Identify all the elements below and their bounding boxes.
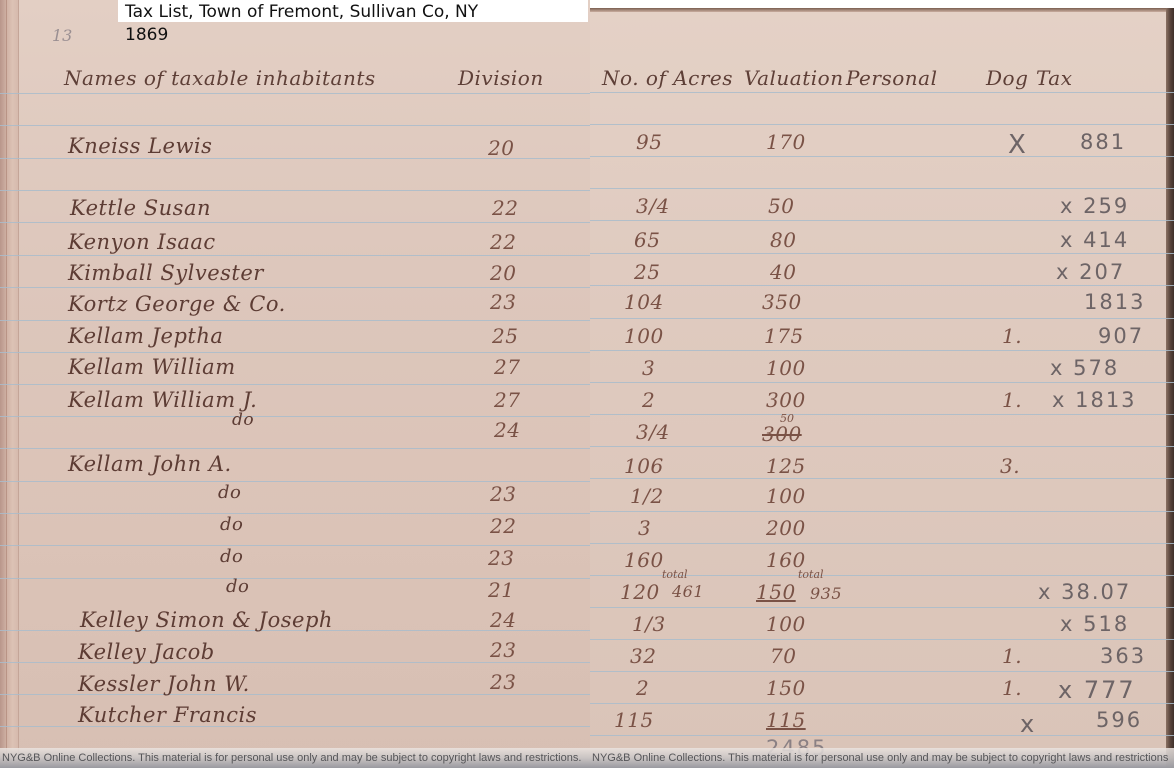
ruled-line	[0, 384, 590, 385]
ledger-left-page: 13 Names of taxable inhabitants Division…	[0, 0, 590, 768]
tax-value: 907	[1098, 324, 1144, 348]
division-value: 22	[492, 196, 518, 220]
taxpayer-name: Kessler John W.	[78, 672, 250, 696]
taxpayer-name: Kenyon Isaac	[68, 230, 216, 254]
acres-value: 115	[614, 708, 654, 732]
ruled-line	[590, 543, 1174, 544]
dog-count: 1.	[1002, 644, 1022, 668]
division-value: 24	[494, 418, 520, 442]
taxpayer-name: Kelley Jacob	[78, 640, 215, 664]
valuation-value: 125	[766, 454, 806, 478]
copyright-watermark: NYG&B Online Collections. This material …	[590, 748, 1174, 768]
tax-value: 881	[1080, 130, 1126, 154]
ruled-line	[590, 671, 1174, 672]
ruled-line	[0, 352, 590, 353]
valuation-total-label: total	[798, 568, 824, 581]
valuation-value: 175	[764, 324, 804, 348]
dog-mark: X	[1008, 130, 1028, 160]
copyright-watermark: NYG&B Online Collections. This material …	[0, 748, 590, 768]
division-value: 23	[490, 670, 516, 694]
division-value: 22	[490, 514, 516, 538]
acres-total-label: total	[662, 568, 688, 581]
ruled-line	[0, 416, 590, 417]
valuation-value: 170	[766, 130, 806, 154]
tax-value: x 414	[1060, 228, 1129, 252]
tax-value: x 259	[1060, 194, 1129, 218]
document-year: 1869	[125, 25, 168, 45]
valuation-value: 100	[766, 484, 806, 508]
dog-count: 1.	[1002, 676, 1022, 700]
valuation-value: 150	[756, 580, 796, 604]
tax-value: x 777	[1058, 676, 1136, 704]
tax-value: x 1813	[1052, 388, 1137, 412]
acres-value: 3/4	[636, 420, 670, 444]
ditto-mark: do	[220, 546, 243, 567]
division-value: 20	[488, 136, 514, 160]
acres-value: 106	[624, 454, 664, 478]
valuation-value: 40	[770, 260, 796, 284]
tax-value: 596	[1096, 708, 1142, 732]
valuation-value: 80	[770, 228, 796, 252]
ditto-mark: do	[218, 482, 241, 503]
ditto-mark: do	[220, 514, 243, 535]
division-value: 27	[494, 355, 520, 379]
column-header-valuation: Valuation	[744, 66, 844, 90]
ruled-line	[590, 318, 1174, 319]
ledger-right-page: No. of Acres Valuation Personal Dog Tax …	[590, 8, 1174, 768]
acres-value: 2	[642, 388, 655, 412]
taxpayer-name: Kutcher Francis	[78, 703, 257, 727]
taxpayer-name: Kellam William	[68, 355, 236, 379]
book-edge	[1166, 8, 1174, 768]
ruled-line	[590, 350, 1174, 351]
tax-value: 363	[1100, 644, 1146, 668]
ruled-line	[590, 478, 1174, 479]
ditto-mark: do	[232, 410, 254, 430]
division-value: 22	[490, 230, 516, 254]
acres-value: 104	[624, 290, 664, 314]
division-value: 20	[490, 261, 516, 285]
ruled-line	[590, 92, 1174, 93]
tax-value: x 207	[1056, 260, 1125, 284]
valuation-value: 150	[766, 676, 806, 700]
acres-value: 25	[634, 260, 660, 284]
page-top-edge	[590, 8, 1174, 12]
dog-count: 1.	[1002, 388, 1022, 412]
document-viewer: 13 Names of taxable inhabitants Division…	[0, 0, 1174, 768]
document-title: Tax List, Town of Fremont, Sullivan Co, …	[125, 2, 478, 22]
taxpayer-name: Kellam William J.	[68, 388, 257, 412]
acres-value: 2	[636, 676, 649, 700]
valuation-value: 200	[766, 516, 806, 540]
acres-value: 95	[636, 130, 662, 154]
acres-value: 160	[624, 548, 664, 572]
valuation-correction: 50	[780, 412, 794, 425]
ruled-line	[590, 382, 1174, 383]
valuation-value: 100	[766, 356, 806, 380]
ruled-line	[590, 188, 1174, 189]
valuation-value: 350	[762, 290, 802, 314]
acres-value: 3	[642, 356, 655, 380]
tax-value: 1813	[1084, 290, 1145, 314]
page-number: 13	[52, 26, 72, 45]
valuation-value: 70	[770, 644, 796, 668]
valuation-value: 300	[766, 388, 806, 412]
ruled-line	[590, 156, 1174, 157]
taxpayer-name: Kelley Simon & Joseph	[80, 608, 333, 632]
taxpayer-name: Kortz George & Co.	[68, 292, 286, 316]
ruled-line	[590, 285, 1174, 286]
ruled-line	[590, 446, 1174, 447]
ruled-line	[590, 414, 1174, 415]
division-value: 25	[492, 324, 518, 348]
column-header-division: Division	[458, 66, 544, 90]
taxpayer-name: Kimball Sylvester	[68, 261, 264, 285]
valuation-value: 115	[766, 708, 806, 732]
taxpayer-name: Kellam John A.	[68, 452, 232, 476]
division-value: 23	[490, 482, 516, 506]
ruled-line	[0, 448, 590, 449]
acres-value: 1/3	[632, 612, 666, 636]
division-value: 23	[490, 290, 516, 314]
tax-value: x 578	[1050, 356, 1119, 380]
taxpayer-name: Kneiss Lewis	[68, 134, 212, 158]
ruled-line	[0, 190, 590, 191]
valuation-total: 935	[810, 584, 842, 603]
division-value: 27	[494, 388, 520, 412]
acres-value: 120	[620, 580, 660, 604]
acres-value: 65	[634, 228, 660, 252]
division-value: 23	[490, 638, 516, 662]
ruled-line	[0, 287, 590, 288]
ruled-line	[590, 639, 1174, 640]
dog-count: 1.	[1002, 324, 1022, 348]
ruled-line	[590, 253, 1174, 254]
division-value: 21	[488, 578, 514, 602]
tax-value: x 38.07	[1038, 580, 1131, 604]
ruled-line	[0, 125, 590, 126]
column-header-dog: Dog	[986, 66, 1028, 90]
ruled-line	[0, 320, 590, 321]
acres-value: 3	[638, 516, 651, 540]
ditto-mark: do	[226, 576, 249, 597]
ruled-line	[0, 93, 590, 94]
division-value: 23	[488, 546, 514, 570]
valuation-value-struck: 300	[762, 422, 802, 446]
taxpayer-name: Kellam Jeptha	[68, 324, 223, 348]
column-header-personal: Personal	[846, 66, 937, 90]
ruled-line	[590, 511, 1174, 512]
ruled-line	[590, 220, 1174, 221]
column-header-names: Names of taxable inhabitants	[64, 66, 376, 90]
acres-value: 3/4	[636, 194, 670, 218]
acres-value: 1/2	[630, 484, 664, 508]
tax-value: x 518	[1060, 612, 1129, 636]
column-header-tax: Tax	[1036, 66, 1073, 90]
ruled-line	[590, 735, 1174, 736]
acres-value: 100	[624, 324, 664, 348]
ruled-line	[590, 607, 1174, 608]
ruled-line	[0, 255, 590, 256]
valuation-value: 100	[766, 612, 806, 636]
ruled-line	[0, 222, 590, 223]
dog-count: 3.	[1000, 454, 1020, 478]
valuation-value: 50	[768, 194, 794, 218]
taxpayer-name: Kettle Susan	[70, 196, 211, 220]
ruled-line	[590, 124, 1174, 125]
division-value: 24	[490, 608, 516, 632]
column-header-acres: No. of Acres	[602, 66, 733, 90]
dog-mark: x	[1020, 710, 1036, 738]
acres-total: 461	[672, 582, 704, 601]
acres-value: 32	[630, 644, 656, 668]
